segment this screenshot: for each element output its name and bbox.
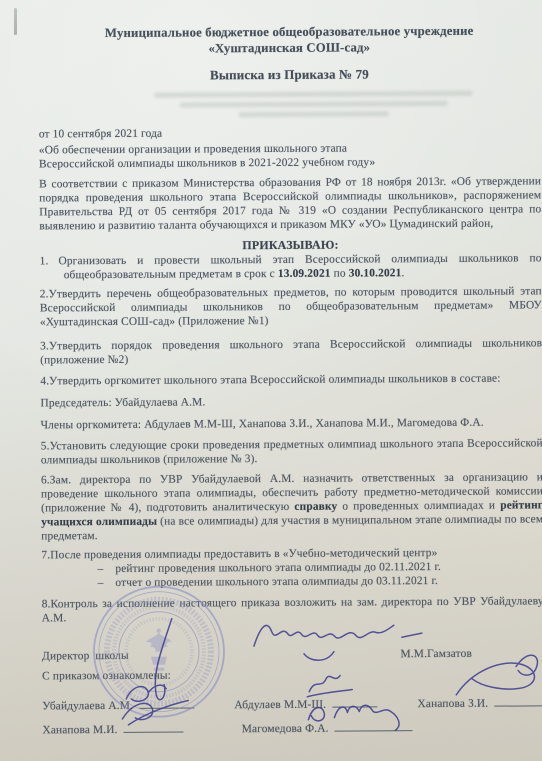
document-title: Выписка из Приказа № 79 — [38, 66, 540, 83]
item-1-number: 1. — [40, 255, 59, 267]
signer-ubaydulaeva: Убайдулаева А.М. — [42, 698, 194, 713]
order-item-2: 2.Утвердить перечень общеобразовательных… — [40, 284, 542, 329]
order-item-8: 8.Контроль за исполнение настоящего прик… — [42, 594, 542, 625]
org-name-line2: «Хуштадинская СОШ-сад» — [38, 38, 540, 57]
signer-khanapova-mi: Ханапова М.И. — [42, 723, 183, 738]
signature-blank-line — [335, 730, 413, 731]
director-label: Директор школы — [42, 649, 129, 664]
signature-blank-line — [332, 706, 377, 707]
committee-chair-line: Председатель: Убайдулаева А.М. — [40, 393, 542, 410]
signature-row-1: Убайдулаева А.М. Абдулаев М.М-Ш. Ханапов… — [42, 696, 542, 713]
scanned-document-page: Муниципальное бюджетное общеобразователь… — [0, 0, 542, 761]
signature-blank-line — [124, 732, 184, 733]
date-to: 30.10.2021 — [349, 267, 402, 279]
preamble-paragraph: В соответствии с приказом Министерства о… — [39, 174, 541, 233]
director-name: М.М.Гамзатов — [400, 647, 472, 661]
signer-abdulaev: Абдулаев М.М-Ш. — [234, 697, 377, 712]
item-6-bold-spravku: справку — [294, 501, 337, 513]
org-name-line1: Муниципальное бюджетное общеобразователь… — [38, 22, 540, 41]
signature-blank-line — [139, 707, 194, 708]
bleed-through-artifact — [149, 91, 479, 123]
signature-row-2: Ханапова М.И. Магомедова Ф.А. — [42, 720, 542, 737]
subject-line2: Всероссийской олимпиады школьников в 202… — [39, 154, 541, 171]
acknowledgement-line: С приказом ознакомлены: — [42, 666, 542, 683]
bullet-dash: – — [97, 562, 103, 576]
document-content: Муниципальное бюджетное общеобразователь… — [0, 0, 542, 761]
order-item-3: 3.Утвердить порядок проведения школьного… — [40, 336, 542, 367]
signer-khanapova-zi: Ханапова З.И. — [417, 696, 542, 711]
signer-magomedova: Магомедова Ф.А. — [242, 721, 413, 736]
signature-blank-line — [494, 705, 542, 706]
date-line: от 10 сентября 2021 года — [39, 124, 541, 141]
director-signature-row: Директор школы М.М.Гамзатов — [42, 646, 542, 663]
order-item-5: 5.Установить следующие сроки проведения … — [41, 436, 542, 467]
order-item-4: 4.Утвердить оргкомитет школьного этапа В… — [40, 371, 542, 388]
order-item-6: 6.Зам. директора по УВР Убайдулаевой А.М… — [41, 470, 542, 543]
committee-members-line: Члены оргкомитета: Абдулаев М.М-Ш, Ханап… — [41, 415, 542, 432]
order-item-1: 1.Организовать и провести школьный этап … — [40, 251, 542, 282]
bullet-dash: – — [98, 576, 104, 590]
date-from: 13.09.2021 — [278, 268, 331, 280]
item-7-bullet-2: –отчет о проведении школьного этапа олим… — [98, 573, 542, 590]
